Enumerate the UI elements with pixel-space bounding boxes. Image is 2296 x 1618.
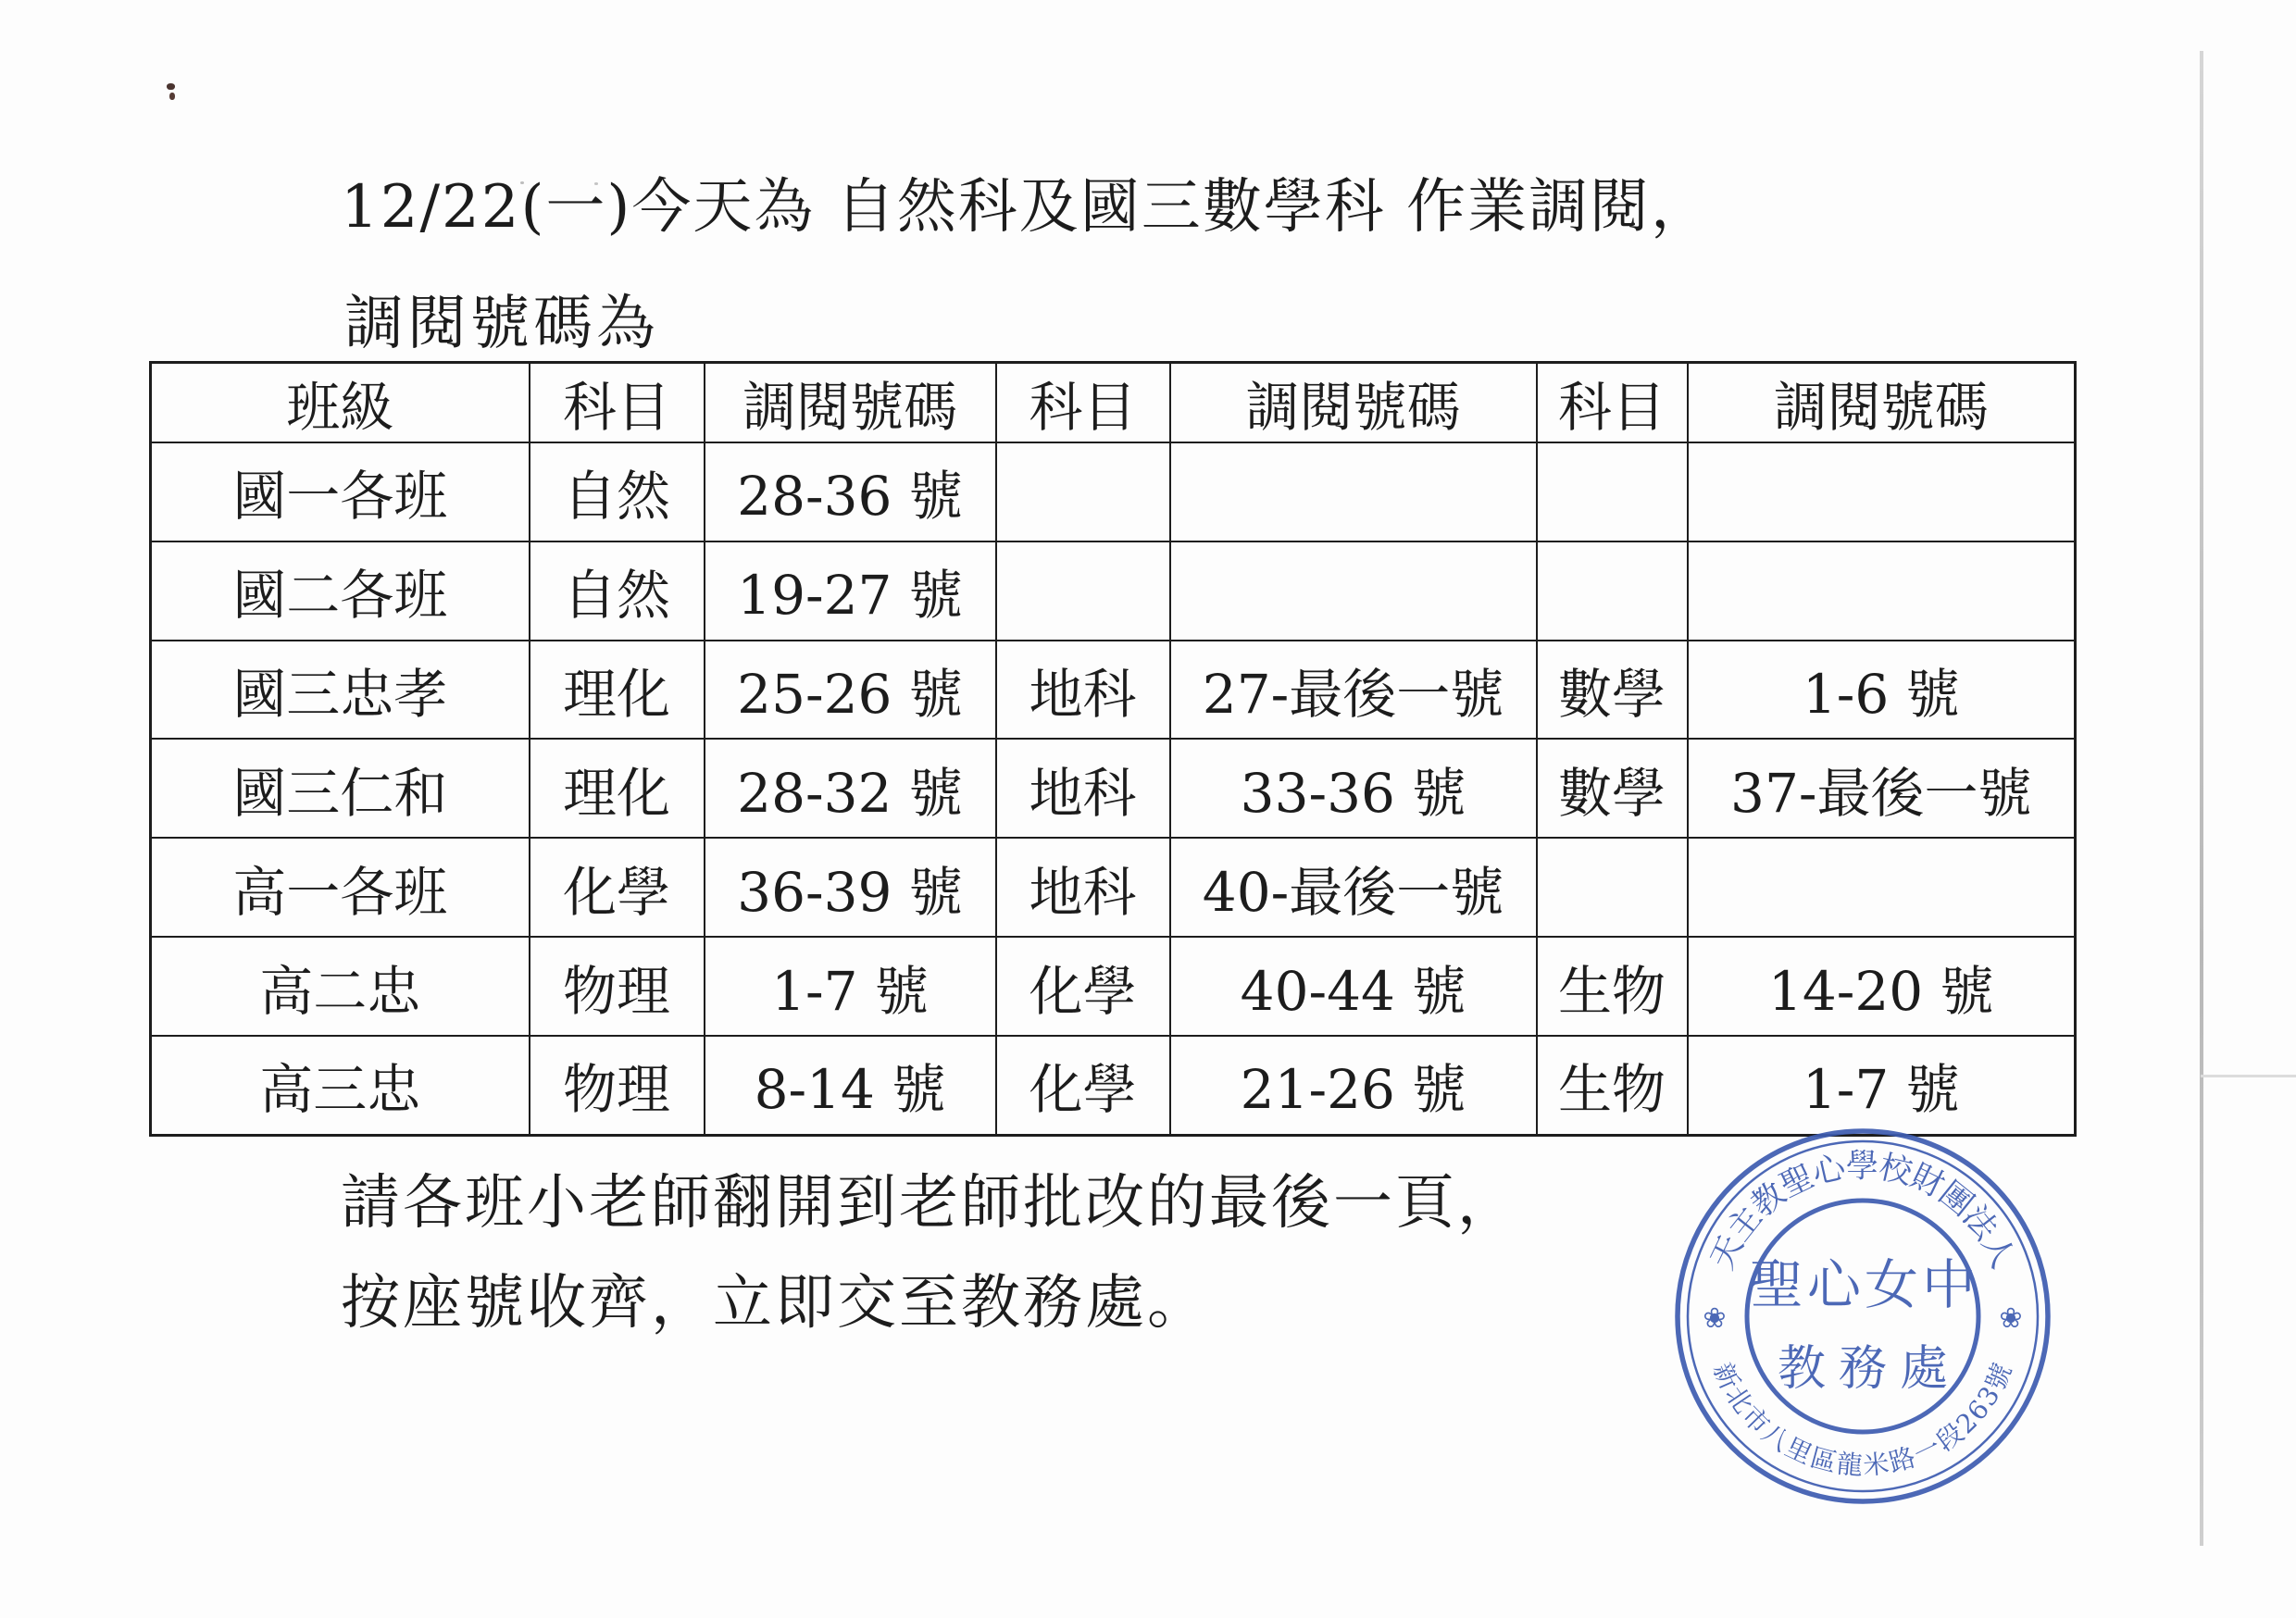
cell-subject-1: 物理 [530, 937, 705, 1036]
cell-subject-2: 化學 [996, 1036, 1170, 1136]
stamp-school-name: 聖心女中 [1750, 1253, 1979, 1316]
scanner-artifact-line [2201, 1075, 2296, 1077]
column-header-subject-1: 科目 [530, 363, 705, 443]
cell-numbers-2: 21-26 號 [1170, 1036, 1537, 1136]
cell-class-name: 國一各班 [151, 442, 530, 541]
cell-subject-1: 自然 [530, 541, 705, 641]
cell-subject-2 [996, 442, 1170, 541]
scan-speck [169, 93, 175, 100]
cell-numbers-2 [1170, 541, 1537, 641]
cell-numbers-2: 27-最後一號 [1170, 641, 1537, 740]
cell-numbers-3 [1688, 541, 2076, 641]
cell-numbers-3: 1-7 號 [1688, 1036, 2076, 1136]
cell-class-name: 國二各班 [151, 541, 530, 641]
cell-numbers-3: 37-最後一號 [1688, 739, 2076, 838]
table-row: 高三忠 物理 8-14 號 化學 21-26 號 生物 1-7 號 [151, 1036, 2076, 1136]
cell-subject-1: 理化 [530, 739, 705, 838]
document-page: 12/22(一)今天為 自然科及國三數學科 作業調閱， 調閱號碼為 班級 科目 … [0, 0, 2296, 1618]
table-row: 國三仁和 理化 28-32 號 地科 33-36 號 數學 37-最後一號 [151, 739, 2076, 838]
table-row: 高一各班 化學 36-39 號 地科 40-最後一號 [151, 838, 2076, 937]
table-row: 國二各班 自然 19-27 號 [151, 541, 2076, 641]
cell-class-name: 高二忠 [151, 937, 530, 1036]
cell-numbers-2: 40-最後一號 [1170, 838, 1537, 937]
cell-numbers-2 [1170, 442, 1537, 541]
footer-instruction-line-1: 請各班小老師翻開到老師批改的最後一頁， [341, 1155, 1519, 1240]
school-stamp: 天主教聖心學校財團法人 新北市八里區龍米路一段263號 ❀ ❀ 聖心女中 教務處 [1668, 1122, 2057, 1511]
cell-subject-3: 生物 [1537, 1036, 1688, 1136]
cell-numbers-3: 14-20 號 [1688, 937, 2076, 1036]
column-header-numbers-3: 調閱號碼 [1688, 363, 2076, 443]
cell-numbers-2: 33-36 號 [1170, 739, 1537, 838]
cell-numbers-1: 25-26 號 [705, 641, 996, 740]
column-header-class: 班級 [151, 363, 530, 443]
cell-numbers-1: 19-27 號 [705, 541, 996, 641]
cell-subject-3: 生物 [1537, 937, 1688, 1036]
cell-subject-2 [996, 541, 1170, 641]
column-header-numbers-1: 調閱號碼 [705, 363, 996, 443]
cell-numbers-1: 1-7 號 [705, 937, 996, 1036]
column-header-numbers-2: 調閱號碼 [1170, 363, 1537, 443]
cell-subject-2: 地科 [996, 739, 1170, 838]
cell-subject-2: 地科 [996, 838, 1170, 937]
scanner-edge-line [2200, 51, 2203, 1546]
cell-subject-1: 物理 [530, 1036, 705, 1136]
stamp-office-name: 教務處 [1778, 1341, 1961, 1397]
stamp-second-ring [1688, 1141, 2038, 1491]
cell-numbers-2: 40-44 號 [1170, 937, 1537, 1036]
footer-instruction-line-2: 按座號收齊，立即交至教務處。 [341, 1255, 1209, 1340]
cell-subject-2: 地科 [996, 641, 1170, 740]
cell-numbers-1: 28-36 號 [705, 442, 996, 541]
header-row: 班級 科目 調閱號碼 科目 調閱號碼 科目 調閱號碼 [151, 363, 2076, 443]
table-row: 高二忠 物理 1-7 號 化學 40-44 號 生物 14-20 號 [151, 937, 2076, 1036]
cell-subject-2: 化學 [996, 937, 1170, 1036]
table-row: 國三忠孝 理化 25-26 號 地科 27-最後一號 數學 1-6 號 [151, 641, 2076, 740]
cell-subject-3 [1537, 442, 1688, 541]
table-row: 國一各班 自然 28-36 號 [151, 442, 2076, 541]
column-header-subject-3: 科目 [1537, 363, 1688, 443]
plum-blossom-icon: ❀ [1999, 1302, 2022, 1335]
column-header-subject-2: 科目 [996, 363, 1170, 443]
page-subtitle: 調閱號碼為 [344, 276, 659, 361]
cell-class-name: 國三忠孝 [151, 641, 530, 740]
cell-numbers-1: 36-39 號 [705, 838, 996, 937]
cell-subject-3: 數學 [1537, 641, 1688, 740]
cell-class-name: 高一各班 [151, 838, 530, 937]
stamp-inner-ring [1747, 1201, 1978, 1432]
cell-subject-3: 數學 [1537, 739, 1688, 838]
cell-numbers-3 [1688, 838, 2076, 937]
cell-subject-3 [1537, 838, 1688, 937]
cell-subject-3 [1537, 541, 1688, 641]
scan-speck [594, 182, 598, 185]
inspection-table: 班級 科目 調閱號碼 科目 調閱號碼 科目 調閱號碼 國一各班 自然 28-36… [149, 361, 2077, 1137]
cell-class-name: 高三忠 [151, 1036, 530, 1136]
scan-speck [520, 181, 524, 184]
cell-subject-1: 理化 [530, 641, 705, 740]
plum-blossom-icon: ❀ [1703, 1302, 1726, 1335]
page-title: 12/22(一)今天為 自然科及國三數學科 作業調閱， [341, 159, 1712, 244]
cell-numbers-3 [1688, 442, 2076, 541]
cell-numbers-1: 28-32 號 [705, 739, 996, 838]
scan-speck [167, 83, 175, 90]
cell-numbers-1: 8-14 號 [705, 1036, 996, 1136]
stamp-outer-ring [1678, 1131, 2048, 1501]
cell-subject-1: 化學 [530, 838, 705, 937]
cell-class-name: 國三仁和 [151, 739, 530, 838]
cell-numbers-3: 1-6 號 [1688, 641, 2076, 740]
cell-subject-1: 自然 [530, 442, 705, 541]
